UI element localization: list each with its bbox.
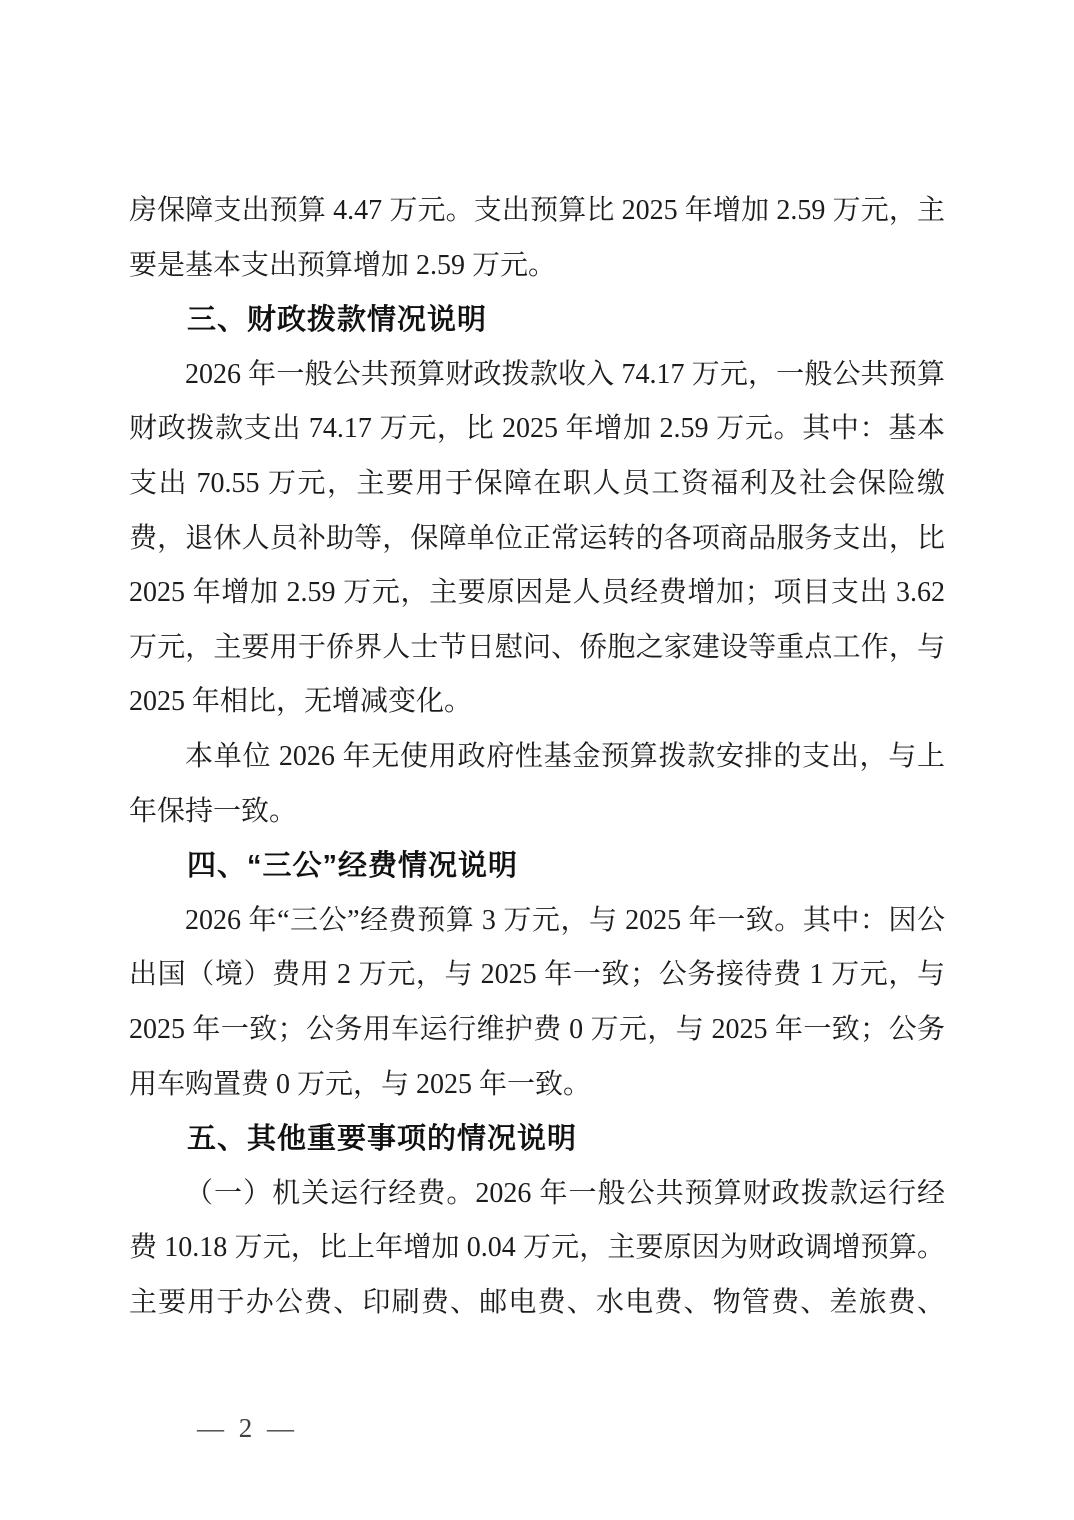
paragraph-three-public-expenses-detail: 2026 年“三公”经费预算 3 万元，与 2025 年一致。其中：因公出国（境… (129, 894, 945, 1112)
paragraph-fiscal-appropriation-detail: 2026 年一般公共预算财政拨款收入 74.17 万元，一般公共预算财政拨款支出… (129, 348, 945, 730)
paragraph-housing-support-continuation: 房保障支出预算 4.47 万元。支出预算比 2025 年增加 2.59 万元，主… (129, 184, 945, 293)
section-heading-three-public-expenses: 四、“三公”经费情况说明 (129, 839, 945, 894)
section-heading-other-important-matters: 五、其他重要事项的情况说明 (129, 1112, 945, 1167)
paragraph-government-fund-budget: 本单位 2026 年无使用政府性基金预算拨款安排的支出，与上年保持一致。 (129, 730, 945, 839)
page-body: 房保障支出预算 4.47 万元。支出预算比 2025 年增加 2.59 万元，主… (129, 184, 945, 1330)
section-heading-fiscal-appropriation: 三、财政拨款情况说明 (129, 293, 945, 348)
page-footer: — 2 — (154, 1383, 298, 1473)
page-number: — 2 — (197, 1413, 298, 1443)
paragraph-agency-operating-expense: （一）机关运行经费。2026 年一般公共预算财政拨款运行经费 10.18 万元，… (129, 1167, 945, 1331)
document-page: 房保障支出预算 4.47 万元。支出预算比 2025 年增加 2.59 万元，主… (0, 0, 1074, 1520)
